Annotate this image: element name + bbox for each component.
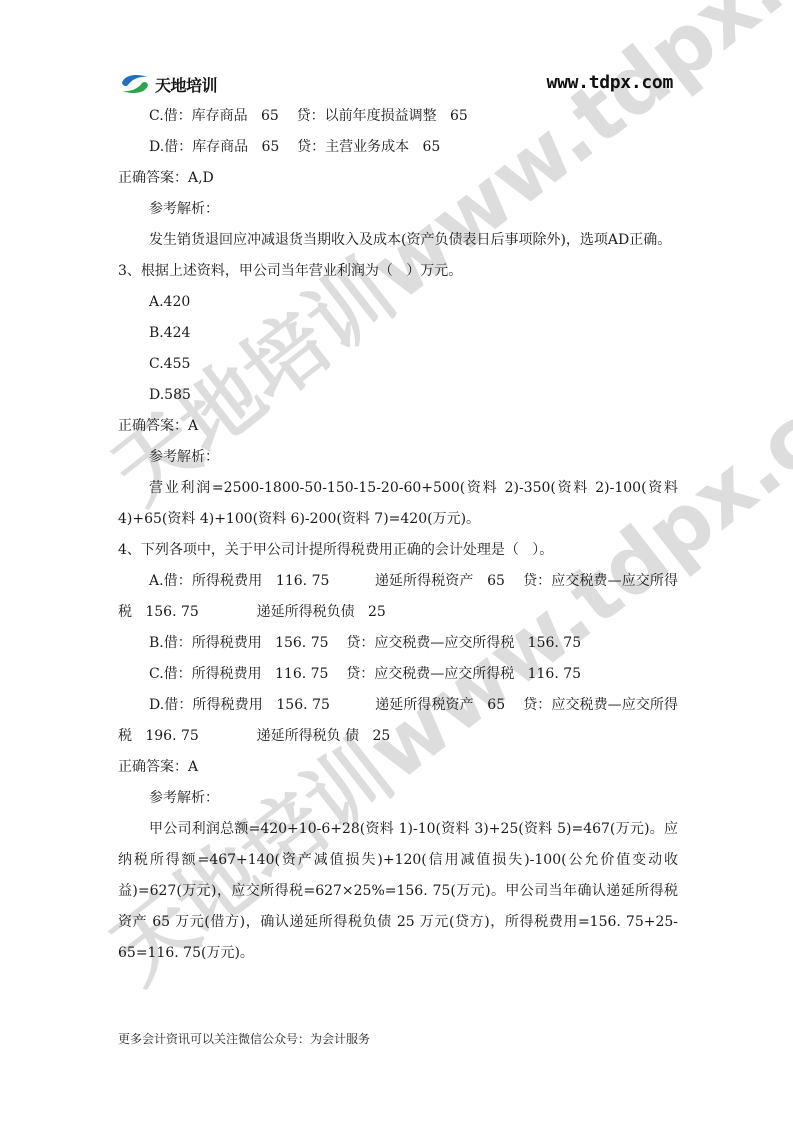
option-c: C.借：库存商品 65 贷：以前年度损益调整 65 [118, 101, 678, 132]
option-c: C.455 [118, 349, 678, 380]
option-a: A.420 [118, 287, 678, 318]
question-4: 4、下列各项中，关于甲公司计提所得税费用正确的会计处理是（ ）。 [118, 535, 678, 566]
document-body: C.借：库存商品 65 贷：以前年度损益调整 65 D.借：库存商品 65 贷：… [118, 101, 678, 969]
option-b: B.424 [118, 318, 678, 349]
logo-swirl-icon [118, 72, 152, 96]
analysis-label: 参考解析： [118, 194, 678, 225]
page-header: 天地培训 www.tdpx.com [118, 70, 673, 98]
analysis-label: 参考解析： [118, 442, 678, 473]
site-url[interactable]: www.tdpx.com [547, 72, 673, 93]
option-d: D.借：库存商品 65 贷：主营业务成本 65 [118, 132, 678, 163]
correct-answer: 正确答案：A [118, 752, 678, 783]
question-3: 3、根据上述资料，甲公司当年营业利润为（ ）万元。 [118, 256, 678, 287]
logo-text: 天地培训 [155, 73, 217, 96]
option-c: C.借：所得税费用 116. 75 贷：应交税费—应交所得税 116. 75 [118, 659, 678, 690]
option-d: D.借：所得税费用 156. 75 递延所得税资产 65 贷：应交税费—应交所得… [118, 690, 678, 752]
logo: 天地培训 [118, 70, 217, 98]
correct-answer: 正确答案：A,D [118, 163, 678, 194]
analysis-text: 甲公司利润总额=420+10-6+28(资料 1)-10(资料 3)+25(资料… [118, 814, 678, 969]
option-a: A.借：所得税费用 116. 75 递延所得税资产 65 贷：应交税费—应交所得… [118, 566, 678, 628]
page-footer: 更多会计资讯可以关注微信公众号：为会计服务 [118, 1030, 370, 1047]
correct-answer: 正确答案：A [118, 411, 678, 442]
option-b: B.借：所得税费用 156. 75 贷：应交税费—应交所得税 156. 75 [118, 628, 678, 659]
option-d: D.585 [118, 380, 678, 411]
analysis-text: 营业利润=2500-1800-50-150-15-20-60+500(资料 2)… [118, 473, 678, 535]
analysis-text: 发生销货退回应冲减退货当期收入及成本(资产负债表日后事项除外)，选项AD正确。 [118, 225, 678, 256]
analysis-label: 参考解析： [118, 783, 678, 814]
